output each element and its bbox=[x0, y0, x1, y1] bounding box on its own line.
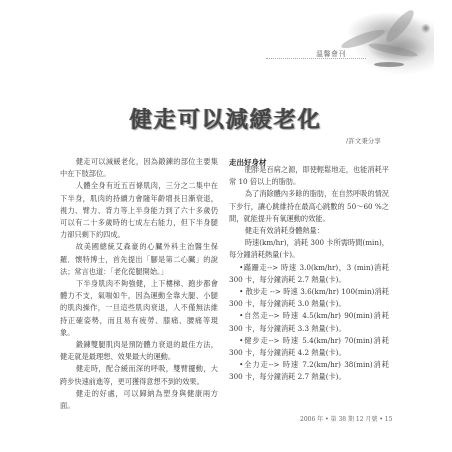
paragraph: 鍛鍊雙腿肌肉是預防體力衰退的最佳方法，健走就是最理想、效果最大的運動。 bbox=[60, 339, 218, 363]
walking-type-item: •蹣跚走--> 時速 3.0(km/hr)，3 (min)消耗 300 卡，每分… bbox=[229, 262, 389, 286]
paragraph: 故美國總統艾森豪的心臟外科主治醫生保羅．懷特博士，首先提出「腳是第二心臟」的說法… bbox=[60, 241, 218, 278]
paragraph: 肥胖是百病之源，即使輕鬆地走，也能消耗平常 10 倍以上的脂肪。 bbox=[229, 164, 389, 188]
paragraph: 健走時，配合緩而深的呼吸，雙臂擺動，大跨步快速前進等，更可獲得意想不到的效果。 bbox=[60, 363, 218, 387]
article-author: /許文秉分享 bbox=[346, 136, 381, 145]
page-footer: 2006 年 • 第 38 期 12 月號 • 15 bbox=[300, 414, 392, 423]
left-column: 健走可以減緩老化，因為鍛鍊的部位主要集中在下肢部位。 人體全身有近五百條肌肉，三… bbox=[60, 156, 218, 412]
paragraph: 健走有效消耗身體熱量： bbox=[229, 225, 389, 237]
paragraph: 健走的好處，可以歸納為塑身與健康兩方面。 bbox=[60, 388, 218, 412]
header-divider bbox=[266, 58, 366, 59]
paragraph: 人體全身有近五百條肌肉，三分之二集中在下半身，肌肉的持續力會隨年齡增長日漸衰退，… bbox=[60, 180, 218, 241]
right-column: 肥胖是百病之源，即使輕鬆地走，也能消耗平常 10 倍以上的脂肪。 為了消除體內多… bbox=[229, 164, 389, 384]
walking-type-item: •健步走--> 時速 5.4(km/hr) 70(min)消耗 300 卡，每分… bbox=[229, 335, 389, 359]
walking-type-item: •全力走--> 時速 7.2(km/hr) 38(min)消耗 300 卡，每分… bbox=[229, 359, 389, 383]
paragraph: 健走可以減緩老化，因為鍛鍊的部位主要集中在下肢部位。 bbox=[60, 156, 218, 180]
article-title: 健走可以減緩老化 bbox=[0, 103, 452, 134]
walking-type-item: • 散步走 --> 時速 3.6(km/hr) 100(min)消耗 300 卡… bbox=[229, 286, 389, 310]
paragraph: 時速(km/hr)，消耗 300 卡所需時間(min)，每分鐘消耗熱量(卡)。 bbox=[229, 237, 389, 261]
flower-decoration-image bbox=[330, 12, 434, 78]
walking-type-item: •自然走--> 時速 4.5(km/hr) 90(min)消耗 300 卡，每分… bbox=[229, 310, 389, 334]
paragraph: 下半身肌肉不夠強健，上下樓梯、跑步都會體力不支，氣喘如牛，因為運動全靠大腿、小腿… bbox=[60, 278, 218, 339]
paragraph: 為了消除體內多餘的脂肪，在自然呼吸的情況下步行，讓心跳維持在最高心跳數的 50～… bbox=[229, 188, 389, 225]
